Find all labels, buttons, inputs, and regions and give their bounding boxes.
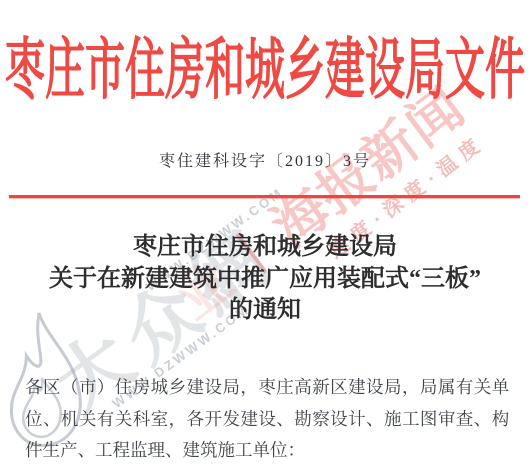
notice-title-line-1: 枣庄市住房和城乡建设局 [0, 232, 530, 264]
document-number: 枣住建科设字〔2019〕3号 [0, 148, 530, 171]
red-divider-line [9, 195, 520, 198]
agency-header-title: 枣庄市住房和城乡建设局文件 [0, 17, 530, 113]
document-page: WWW.DZWWW.COM 大众網 WWW.DZWWW.COM 业丨海报新闻 速… [0, 0, 530, 465]
body-line-1: 各区（市）住房城乡建设局，枣庄高新区建设局，局属有关单 [25, 372, 508, 404]
body-line-2: 位、机关有关科室，各开发建设、勘察设计、施工图审查、构 [25, 404, 508, 436]
notice-title: 枣庄市住房和城乡建设局 关于在新建建筑中推广应用装配式“三板” 的通知 [0, 232, 530, 327]
body-paragraph: 各区（市）住房城乡建设局，枣庄高新区建设局，局属有关单 位、机关有关科室，各开发… [25, 372, 508, 465]
notice-title-line-2: 关于在新建建筑中推广应用装配式“三板” [0, 264, 530, 296]
body-line-3: 件生产、工程监理、建筑施工单位： [25, 435, 508, 465]
notice-title-line-3: 的通知 [0, 295, 530, 327]
